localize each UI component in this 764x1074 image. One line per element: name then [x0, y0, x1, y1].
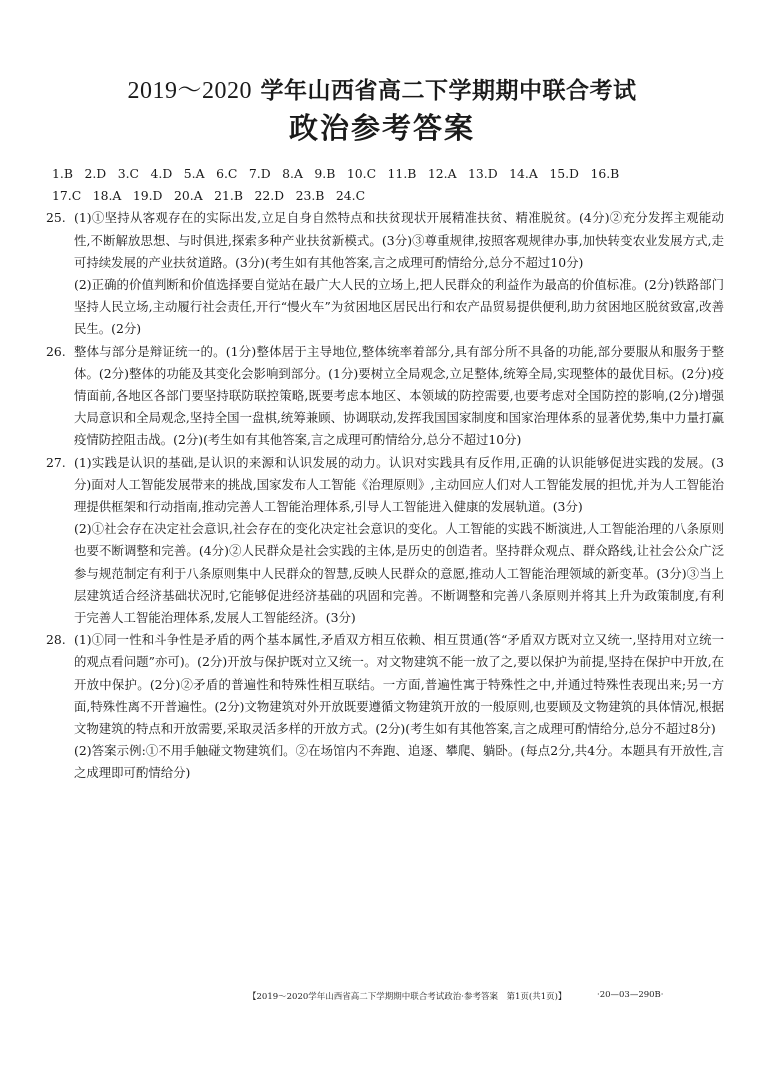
mc-answer: 5.A: [184, 163, 205, 185]
answer-paragraph: (1)①同一性和斗争性是矛盾的两个基本属性,矛盾双方相互依赖、相互贯通(答“矛盾…: [74, 629, 724, 740]
multiple-choice-row-2: 17.C18.A19.D20.A21.B22.D23.B24.C: [52, 185, 724, 207]
mc-answer: 22.D: [254, 185, 284, 207]
mc-answer: 11.B: [388, 163, 417, 185]
mc-answer: 24.C: [336, 185, 365, 207]
question-number: 25.: [46, 207, 66, 229]
answer-paragraph: (1)①坚持从客观存在的实际出发,立足自身自然特点和扶贫现状开展精准扶贫、精准脱…: [74, 207, 724, 274]
question-27: 27. (1)实践是认识的基础,是认识的来源和认识发展的动力。认识对实践具有反作…: [52, 452, 724, 630]
question-number: 26.: [46, 341, 66, 363]
question-28: 28. (1)①同一性和斗争性是矛盾的两个基本属性,矛盾双方相互依赖、相互贯通(…: [52, 629, 724, 784]
mc-answer: 13.D: [468, 163, 498, 185]
answer-paragraph: (2)①社会存在决定社会意识,社会存在的变化决定社会意识的变化。人工智能的实践不…: [74, 518, 724, 629]
title-text: 学年山西省高二下学期期中联合考试: [261, 78, 637, 104]
answer-paragraph: (2)正确的价值判断和价值选择要自觉站在最广大人民的立场上,把人民群众的利益作为…: [74, 274, 724, 341]
mc-answer: 2.D: [84, 163, 106, 185]
mc-answer: 19.D: [133, 185, 163, 207]
mc-answer: 6.C: [216, 163, 237, 185]
answer-content: 1.B2.D3.C4.D5.A6.C7.D8.A9.B10.C11.B12.A1…: [52, 163, 724, 785]
mc-answer: 8.A: [282, 163, 303, 185]
page-footer: 【2019～2020学年山西省高二下学期期中联合考试政治·参考答案 第1页(共1…: [248, 990, 566, 1002]
mc-answer: 21.B: [214, 185, 243, 207]
question-25: 25. (1)①坚持从客观存在的实际出发,立足自身自然特点和扶贫现状开展精准扶贫…: [52, 207, 724, 340]
mc-answer: 17.C: [52, 185, 81, 207]
document-subtitle: 政治参考答案: [0, 106, 764, 147]
document-code: ·20—03—290B·: [597, 990, 664, 1000]
mc-answer: 4.D: [151, 163, 173, 185]
document-title: 2019～2020 学年山西省高二下学期期中联合考试: [0, 70, 764, 105]
mc-answer: 16.B: [590, 163, 619, 185]
mc-answer: 18.A: [93, 185, 122, 207]
question-number: 28.: [46, 629, 66, 651]
question-number: 27.: [46, 452, 66, 474]
answer-paragraph: (1)实践是认识的基础,是认识的来源和认识发展的动力。认识对实践具有反作用,正确…: [74, 452, 724, 519]
mc-answer: 12.A: [428, 163, 457, 185]
mc-answer: 3.C: [118, 163, 139, 185]
title-year: 2019～2020: [127, 78, 252, 104]
answer-paragraph: 整体与部分是辩证统一的。(1分)整体居于主导地位,整体统率着部分,具有部分所不具…: [74, 341, 724, 452]
mc-answer: 23.B: [296, 185, 325, 207]
mc-answer: 15.D: [549, 163, 579, 185]
mc-answer: 1.B: [52, 163, 73, 185]
answer-paragraph: (2)答案示例:①不用手触碰文物建筑们。②在场馆内不奔跑、追逐、攀爬、躺卧。(每…: [74, 740, 724, 784]
mc-answer: 20.A: [174, 185, 203, 207]
mc-answer: 14.A: [509, 163, 538, 185]
multiple-choice-row-1: 1.B2.D3.C4.D5.A6.C7.D8.A9.B10.C11.B12.A1…: [52, 163, 724, 185]
mc-answer: 9.B: [314, 163, 335, 185]
mc-answer: 7.D: [249, 163, 271, 185]
question-26: 26. 整体与部分是辩证统一的。(1分)整体居于主导地位,整体统率着部分,具有部…: [52, 341, 724, 452]
mc-answer: 10.C: [347, 163, 376, 185]
